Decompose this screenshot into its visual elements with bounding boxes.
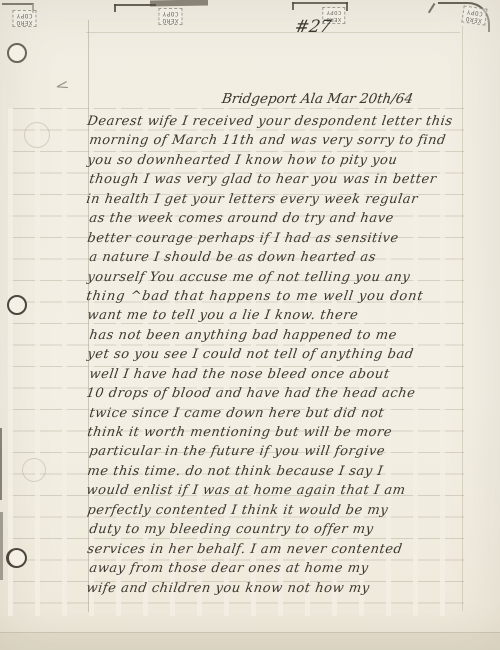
stamp-text: XERO: [162, 17, 178, 24]
letter-line: me this time. do not think because I say…: [86, 462, 461, 481]
letter-line: morning of March 11th and was very sorry…: [88, 131, 461, 150]
letter-line: away from those dear ones at home my: [88, 559, 461, 578]
letter-line: particular in the future if you will for…: [88, 442, 461, 461]
letter-line: Dearest wife I received your despondent …: [86, 112, 461, 131]
letter-line: yet so you see I could not tell of anyth…: [86, 345, 461, 364]
letter-line: though I was very glad to hear you was i…: [88, 170, 461, 189]
letter-line: you so downhearted I know how to pity yo…: [86, 151, 461, 170]
bottom-edge-shadow: [0, 633, 500, 650]
xero-copy-stamp: XERO COPY: [461, 5, 488, 25]
letter-line: twice since I came down here but did not: [88, 404, 461, 423]
letter-dateline: Bridgeport Ala Mar 20th/64: [221, 91, 414, 107]
letter-line: in health I get your letters every week …: [85, 190, 461, 209]
photocopy-smudge: [150, 0, 208, 7]
xero-copy-stamp: XERO COPY: [12, 10, 36, 27]
pen-mark-icon: <: [53, 77, 70, 96]
letter-line: services in her behalf. I am never conte…: [86, 540, 461, 559]
letter-line: well I have had the nose bleed once abou…: [88, 365, 461, 384]
letter-line: better courage perhaps if I had as sensi…: [86, 229, 461, 248]
stamp-text: XERO: [16, 19, 32, 26]
letter-line: yourself You accuse me of not telling yo…: [86, 268, 461, 287]
stamp-text: COPY: [466, 8, 483, 17]
xero-copy-stamp: XERO COPY: [158, 8, 182, 25]
top-edge-mark: [114, 4, 156, 6]
right-page-edge-line: [462, 26, 463, 611]
letter-line: duty to my bleeding country to offer my: [88, 520, 461, 539]
stamp-text: COPY: [16, 12, 32, 19]
page-number-label: #27: [293, 17, 332, 37]
stamp-text: COPY: [162, 10, 178, 17]
hole-punch-ghost: [22, 458, 46, 482]
letter-line: want me to tell you a lie I know. there: [86, 306, 461, 325]
letter-line: wife and children you know not how my: [85, 579, 461, 598]
letter-line: think it worth mentioning but will be mo…: [86, 423, 461, 442]
left-edge-streak: [0, 428, 2, 500]
letter-line: a nature I should be as down hearted as: [88, 248, 461, 267]
stamp-text: COPY: [326, 9, 341, 16]
letter-line: as the week comes around do try and have: [88, 209, 461, 228]
letter-line: would enlist if I was at home again that…: [85, 481, 461, 500]
letter-line: has not been anything bad happened to me: [88, 326, 461, 345]
letter-line: thing ^bad that happens to me well you d…: [85, 287, 461, 306]
hole-punch: [6, 548, 27, 568]
hole-punch: [7, 295, 27, 315]
letter-page: XERO COPY XERO COPY XERO COPY XERO COPY …: [0, 0, 500, 650]
hole-punch: [7, 43, 27, 63]
top-rule-line: [86, 32, 460, 33]
hole-punch-ghost: [24, 122, 50, 148]
letter-line: 10 drops of blood and have had the head …: [85, 384, 461, 403]
top-edge-mark: [292, 2, 348, 4]
left-edge-streak: [0, 512, 3, 580]
letter-line: perfectly contented I think it would be …: [86, 501, 461, 520]
letter-body: Dearest wife I received your despondent …: [86, 112, 458, 598]
